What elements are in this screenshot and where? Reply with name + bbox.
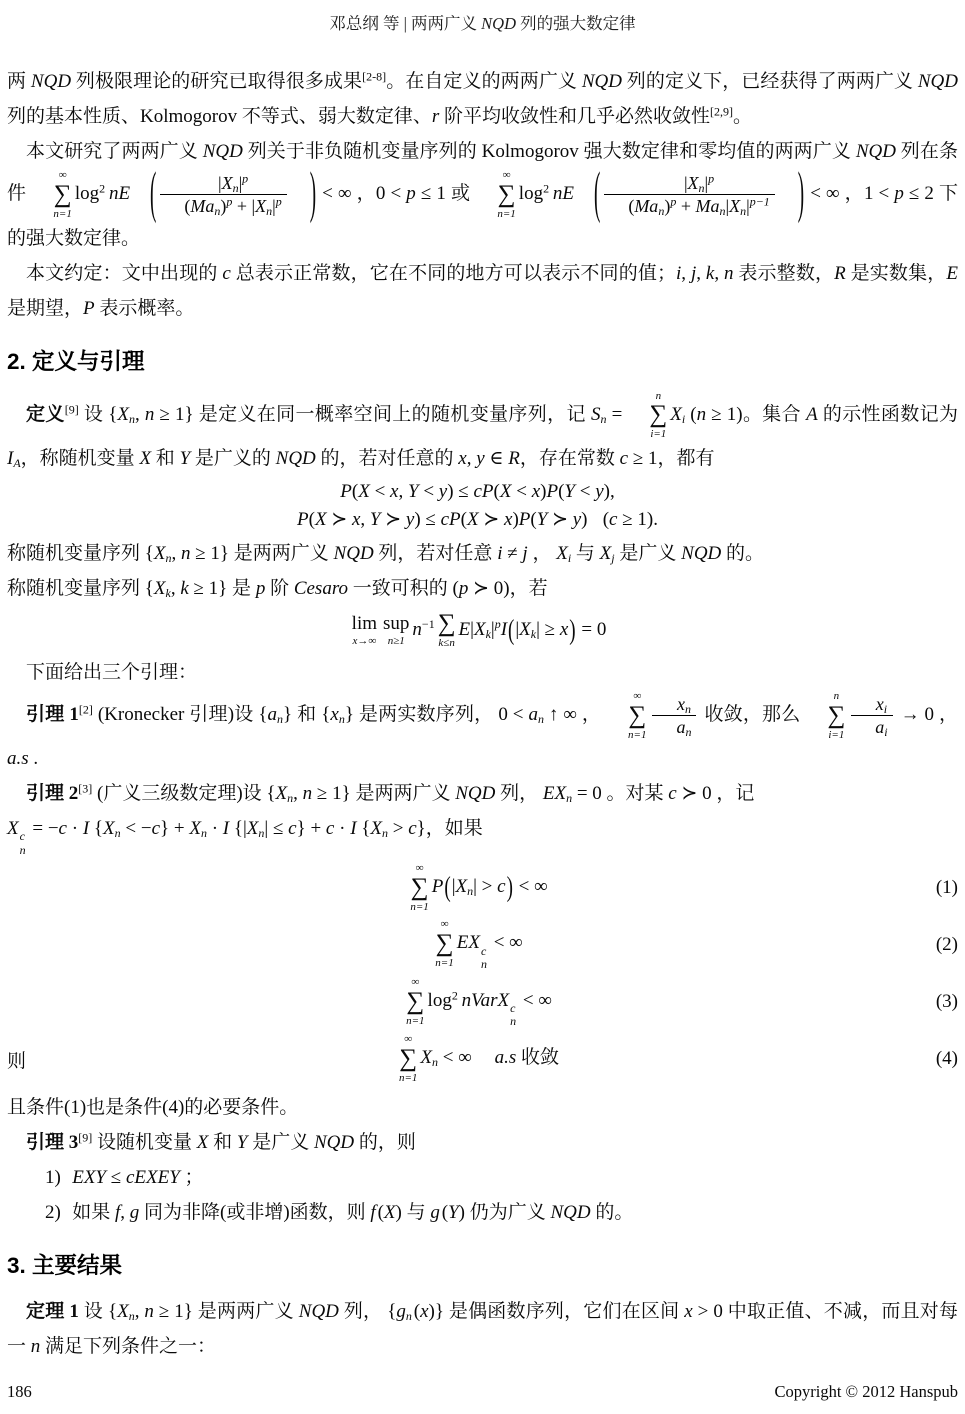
text-run: {| [229,818,247,839]
math-var: nE [109,183,130,204]
math-var: f [370,1202,375,1223]
math-var: X [197,1132,209,1153]
math-var: c [497,876,505,897]
math-var: R [834,263,846,284]
math-fraction: xnan [652,693,696,739]
math-var: cEXEY [126,1167,180,1188]
text-run: < ∞ [438,1048,472,1069]
paper-page: 邓总纲 等 | 两两广义 NQD 列的强大数定律 两 NQD 列极限理论的研究已… [0,0,965,1414]
math-var: EX [543,783,566,804]
text-run: 阶平均收敛性和几乎必然收敛性 [439,106,710,127]
equation: ∞∑n=1log2nVarXcn < ∞ [43,976,912,1029]
text-run: , [171,578,181,599]
text-run: < [419,481,439,502]
text-run: 是实数集， [846,263,947,284]
equation: ∞∑n=1EXcn < ∞ [43,918,912,971]
text-run: + | [232,196,255,216]
denominator: (Man)p + |Xn|p [160,194,286,218]
subscript: n [406,1309,412,1323]
bracket: ) [778,166,805,223]
stack-sub: n [510,1015,516,1028]
text-run: ，存在常数 [520,448,620,469]
math-var: a [268,704,278,725]
subscript: A [13,456,20,470]
sum-upper-limit: ∞ [40,169,67,182]
sum-symbol: ∑ [808,703,845,729]
math-var: NQD [276,448,316,469]
text-run: 本文约定：文中出现的 [26,263,222,284]
text-run: ≥ 1} 是 [189,578,256,599]
math-var: c [152,818,160,839]
equation-row: ∞∑n=1EXcn < ∞(2) [7,918,958,971]
math-var: X [370,818,382,839]
text-run: ≤ [106,1167,126,1188]
subscript: i [884,725,887,739]
math-var: Y [180,448,191,469]
subscript: i [884,702,887,716]
subscript: n [685,702,691,716]
page-number: 186 [7,1382,32,1402]
math-var: n [31,1336,41,1357]
text-run: ≥ 1)。集合 [706,404,806,425]
paragraph: 定义[9] 设 {Xn, n ≥ 1} 是定义在同一概率空间上的随机变量序列，记… [7,390,958,477]
text-run: ) ≤ [447,481,473,502]
text-run: 满足下列条件之一： [40,1336,216,1357]
text-run: 设 { [79,404,118,425]
text-run: = − [28,818,59,839]
text-run: ≥ 1} 是两两广义 [190,543,333,564]
page-footer: 186 Copyright © 2012 Hanspub [7,1382,958,1402]
math-var: E [946,263,958,284]
text-run: | ≥ [536,619,560,640]
text-run: log [428,990,452,1011]
math-var: X [139,448,151,469]
section-heading: 3. 主要结果 [7,1248,958,1280]
math-var: Ma [190,196,214,216]
sum-symbol: ∑ [479,182,516,208]
sum-lower-limit: k≤n [438,637,454,650]
math-var: X [670,404,682,425]
text-run: < ∞ [489,933,523,954]
text-run: 与 [571,543,600,564]
sum-lower-limit: n=1 [406,1015,424,1028]
text-run: · [207,818,223,839]
math-var: X [358,481,370,502]
math-var: X [315,509,327,530]
math-var: n [412,619,422,640]
math-var: P [546,481,558,502]
equation-number: (3) [912,991,958,1013]
paragraph: 且条件(1)也是条件(4)的必要条件。 [7,1090,958,1125]
math-var: p [256,578,266,599]
sum-symbol: ∑ [436,931,454,957]
text-run: < − [121,818,152,839]
bracket: ) [506,873,514,902]
math-var: X [255,196,266,216]
subscript: n [685,725,691,739]
math-limit-op: limx→∞ [352,614,377,648]
text-run: , [681,263,691,284]
text-run: = [606,404,627,425]
text-run: ≠ [502,543,522,564]
text-run: 2) [45,1202,61,1223]
math-var: X [189,818,201,839]
math-sum: ∞∑n=1 [34,169,71,221]
math-sum: ∑k≤n [438,611,456,650]
math-sum: ∞∑n=1 [399,1033,417,1085]
numerator: |Xn|p [194,172,253,195]
text-run: 表示概率。 [95,298,195,319]
math-sum: n∑i=1 [630,390,667,442]
text-run: 是广义的 [190,448,276,469]
text-run: , [135,404,145,425]
section-heading: 2. 定义与引理 [7,344,958,376]
numerator: |Xn|p [660,172,719,195]
text-run: ≻ [547,509,572,530]
equation: ∞∑n=1Xn < ∞a.s 收敛 [43,1033,912,1085]
text-run: 。 [733,106,752,127]
paragraph: Xcn = −c · I {Xn < −c} + Xn · I {|Xn| ≤ … [7,811,958,856]
text-run: 表示整数， [733,263,834,284]
equation-number: (4) [912,1048,958,1070]
text-run: ) ≤ [414,509,440,530]
text-run: = 0 [577,619,607,640]
math-var: NQD [681,543,721,564]
paragraph: 本文研究了两两广义 NQD 列关于非负随机变量序列的 Kolmogorov 强大… [7,134,958,256]
math-var: A [806,404,818,425]
superscript: [2,9] [710,104,733,118]
equation-row: ∞∑n=1log2nVarXcn < ∞(3) [7,976,958,1029]
text-run: } 和 { [283,704,330,725]
text-run: } 是两实数序列， 0 < [345,704,529,725]
sum-lower-limit: i=1 [809,729,844,742]
bracket: ( [130,166,157,223]
math-var: nE [553,183,574,204]
text-run: , [696,263,706,284]
stack-sup: c [481,945,486,958]
sum-lower-limit: n=1 [609,729,646,742]
text-run: 列的定义下，已经获得了两两广义 [622,71,918,92]
math-var: Y [448,1202,459,1223]
math-var: x [532,481,540,502]
paragraph: 引理 2[3] (广义三级数定理)设 {Xn, n ≥ 1} 是两两广义 NQD… [7,776,958,811]
equation-number: (1) [912,877,958,899]
text-run: ≥ 1} 是两两广义 [154,1301,299,1322]
superscript: [3] [78,782,92,796]
math-var: X [117,404,129,425]
text-run: 设随机变量 [92,1132,197,1153]
math-var: NQD [856,141,896,162]
text-run: , [293,783,303,804]
math-fraction: |Xn|p(Man)p + Man|Xn|p−1 [604,172,774,218]
math-var: NQD [481,14,516,33]
equation-row: 则∞∑n=1Xn < ∞a.s 收敛(4) [7,1033,958,1085]
text-run: log [519,183,543,204]
equation-left-label: 则 [7,1046,43,1073]
equation-row: P(X < x, Y < y) ≤ cP(X < x)P(Y < y), [7,481,958,503]
text-run: | ≤ [264,818,288,839]
math-var: P [297,509,309,530]
text-run: ∈ [485,448,509,469]
math-var: X [154,578,166,599]
text-run: 2. 定义与引理 [7,349,145,374]
text-run: 下面给出三个引理： [26,662,197,683]
text-run: < [575,481,595,502]
text-run: }，如果 [417,818,483,839]
bracket: ( [574,166,601,223]
math-var: a.s [7,748,29,769]
math-var: X [222,173,233,193]
math-var: X [688,173,699,193]
math-var: c [620,448,628,469]
text-run: 。在自定义的两两广义 [386,71,582,92]
stack-sup: c [20,830,25,843]
text-run: ，称随机变量 [21,448,140,469]
sum-symbol: ∑ [406,989,424,1015]
math-var: x [420,1301,428,1322]
text-run: 本文研究了两两广义 [26,141,203,162]
text-run: (广义三级数定理)设 { [92,783,275,804]
denominator: (Man)p + Man|Xn|p−1 [604,194,774,218]
text-run: 邓总纲 等 | 两两广义 [329,14,481,33]
math-var: c [222,263,230,284]
paragraph: 引理 3[9] 设随机变量 X 和 Y 是广义 NQD 的，则 [7,1125,958,1160]
superscript: −1 [422,617,435,631]
text-run: 3. 主要结果 [7,1253,122,1278]
math-var: y [595,481,603,502]
superscript: p [242,171,248,185]
text-run: 列的基本性质、Kolmogorov 不等式、弱大数定律、 [7,106,432,127]
math-var: p [459,578,469,599]
text-run: 是广义 [615,543,682,564]
math-var: x [684,1301,692,1322]
running-header: 邓总纲 等 | 两两广义 NQD 列的强大数定律 [7,10,958,34]
math-var: p [406,183,416,204]
math-var: NQD [455,783,495,804]
text-run: , [398,481,408,502]
denominator: ai [851,715,892,739]
sum-lower-limit: i=1 [631,428,666,441]
bold-label: 定义 [26,404,65,425]
text-run: ≻ [479,509,504,530]
math-var: NQD [31,71,71,92]
math-sum: ∞∑n=1 [609,690,646,742]
sum-upper-limit: ∞ [614,690,641,703]
math-var: Y [408,481,419,502]
text-run: } + [297,818,326,839]
text-run: ≥ 1} 是两两广义 [312,783,455,804]
math-var: Y [370,509,381,530]
math-var: c [288,818,296,839]
paragraph: 2)如果 f, g 同为非降(或非增)函数，则 f(X) 与 g(Y) 仍为广义… [7,1195,958,1230]
math-var: X [474,619,486,640]
text-run: )} 是偶函数序列，它们在区间 [429,1301,685,1322]
sum-upper-limit: ∞ [416,862,424,875]
math-var: NQD [918,71,958,92]
text-run: ， [528,543,557,564]
numerator: xi [852,693,892,716]
math-var: y [439,481,447,502]
math-limit-op: supn≥1 [383,614,409,648]
text-run: ≤ 1 或 [416,183,476,204]
math-fraction: |Xn|p(Man)p + |Xn|p [160,172,286,218]
math-var: X [456,876,468,897]
text-run: , [467,448,477,469]
math-var: x [458,448,466,469]
math-var: n [145,404,155,425]
bracket: ) [568,616,576,645]
math-var: cP [441,509,461,530]
text-run: 列极限理论的研究已取得很多成果 [71,71,362,92]
math-var: cP [473,481,493,502]
math-sum: ∞∑n=1 [435,918,453,970]
superscript: 2 [543,182,549,196]
math-var: X [556,543,568,564]
text-run: ≻ 0 ，记 [677,783,755,804]
math-var: g [396,1301,406,1322]
bracket: ( [443,873,451,902]
stack-sub: n [481,958,487,971]
math-var: k [180,578,188,599]
math-var: c [668,783,676,804]
math-var: Y [564,481,575,502]
text-run: 且条件(1)也是条件(4)的必要条件。 [7,1097,298,1118]
text-run: < ∞ ，1 < [805,183,894,204]
paragraph: 定理 1 设 {Xn, n ≥ 1} 是两两广义 NQD 列， {gn(x)} … [7,1294,958,1364]
text-run: ( [685,404,696,425]
text-run: ≥ 1). [617,509,658,530]
math-var: P [83,298,95,319]
paragraph: 本文约定：文中出现的 c 总表示正常数，它在不同的地方可以表示不同的值；i, j… [7,256,958,326]
math-fraction: xiai [851,693,892,739]
superscript: [9] [65,402,79,416]
math-var: R [508,448,520,469]
text-run: → 0 ， [896,704,958,725]
superscript: 2 [99,182,105,196]
text-run: ↑ ∞ ， [544,704,606,725]
math-var: X [276,783,288,804]
op-lower-limit: x→∞ [352,635,376,648]
math-var: n [144,1301,154,1322]
text-run: 和 [208,1132,237,1153]
sum-upper-limit: ∞ [411,976,419,989]
text-run: > [388,818,408,839]
math-var: p [894,183,904,204]
denominator: an [652,715,696,739]
text-run: 的示性函数记为 [818,404,958,425]
math-var: Y [237,1132,248,1153]
equation-row: P(X ≻ x, Y ≻ y) ≤ cP(X ≻ x)P(Y ≻ y)(c ≥ … [7,508,958,531]
math-sum: ∞∑n=1 [406,976,424,1028]
text-run: 是期望， [7,298,83,319]
math-var: X [103,818,115,839]
text-run: < ∞ [514,876,548,897]
math-var: x [560,619,568,640]
text-run: . [29,748,39,769]
math-sum: n∑i=1 [808,690,845,742]
text-run: ≻ [327,509,352,530]
text-run: ), [604,481,615,502]
text-run: } + [160,818,189,839]
math-var: NQD [550,1202,590,1223]
paragraph: 引理 1[2] (Kronecker 引理)设 {an} 和 {xn} 是两实数… [7,690,958,777]
equation: limx→∞supn≥1n−1∑k≤nE|Xk|pI(|Xk| ≥ x) = 0 [43,611,912,650]
superscript: 2 [452,988,458,1002]
math-supsub: cn [481,945,487,971]
math-var: c [408,818,416,839]
math-supsub: cn [20,830,26,856]
equation: P(X < x, Y < y) ≤ cP(X < x)P(Y < y), [43,481,912,503]
math-var: x [330,704,338,725]
math-var: nVarX [462,990,510,1011]
math-var: X [117,1301,129,1322]
math-var: EXY [72,1167,106,1188]
sum-symbol: ∑ [411,875,429,901]
text-run: , [135,1301,145,1322]
text-run: · [334,818,350,839]
math-var: Ma [634,196,658,216]
math-var: a.s [495,1048,517,1069]
text-run: 列， { [339,1301,396,1322]
text-run: ) 仍为广义 [459,1202,551,1223]
text-run: | > [473,876,497,897]
math-var: NQD [314,1132,354,1153]
math-var: n [303,783,313,804]
math-var: P [519,509,531,530]
math-var: X [247,818,259,839]
stack-sub: n [20,844,26,857]
text-run: , [360,509,370,530]
text-run: 1) [45,1167,61,1188]
text-run: ) [581,509,587,530]
sum-lower-limit: n=1 [399,1072,417,1085]
superscript: [2-8] [362,69,386,83]
math-var: NQD [334,543,374,564]
text-run: 列的强大数定律 [516,14,636,33]
sum-lower-limit: n=1 [34,208,71,221]
bracket: ) [290,166,317,223]
math-var: NQD [299,1301,339,1322]
sum-symbol: ∑ [399,1046,417,1072]
text-run: 列，若对任意 [374,543,498,564]
text-run: { [89,818,103,839]
superscript: p [708,171,714,185]
sum-symbol: ∑ [438,611,456,637]
math-var: X [500,481,512,502]
math-var: NQD [582,71,622,92]
text-run: 的，若对任意的 [316,448,459,469]
superscript: [2] [79,702,93,716]
text-run: 列， [495,783,543,804]
sum-symbol: ∑ [35,182,72,208]
math-supsub: cn [510,1002,516,1028]
sum-lower-limit: n=1 [435,957,453,970]
text-run: ≥ 1} 是定义在同一概率空间上的随机变量序列，记 [154,404,591,425]
text-run: · [67,818,83,839]
text-run: log [75,183,99,204]
text-run: 如果 [72,1202,115,1223]
text-run: 收敛，那么 [699,704,805,725]
text-run: < ∞ [518,990,552,1011]
paragraph: 称随机变量序列 {Xk, k ≥ 1} 是 p 阶 Cesaro 一致可积的 (… [7,571,958,606]
math-var: x [876,694,884,714]
text-run: ≻ [381,509,406,530]
paragraph: 称随机变量序列 {Xn, n ≥ 1} 是两两广义 NQD 列，若对任意 i ≠… [7,536,958,571]
math-var: X [420,1048,432,1069]
math-var: X [154,543,166,564]
text-run: 称随机变量序列 { [7,543,154,564]
sum-upper-limit: ∞ [484,169,511,182]
